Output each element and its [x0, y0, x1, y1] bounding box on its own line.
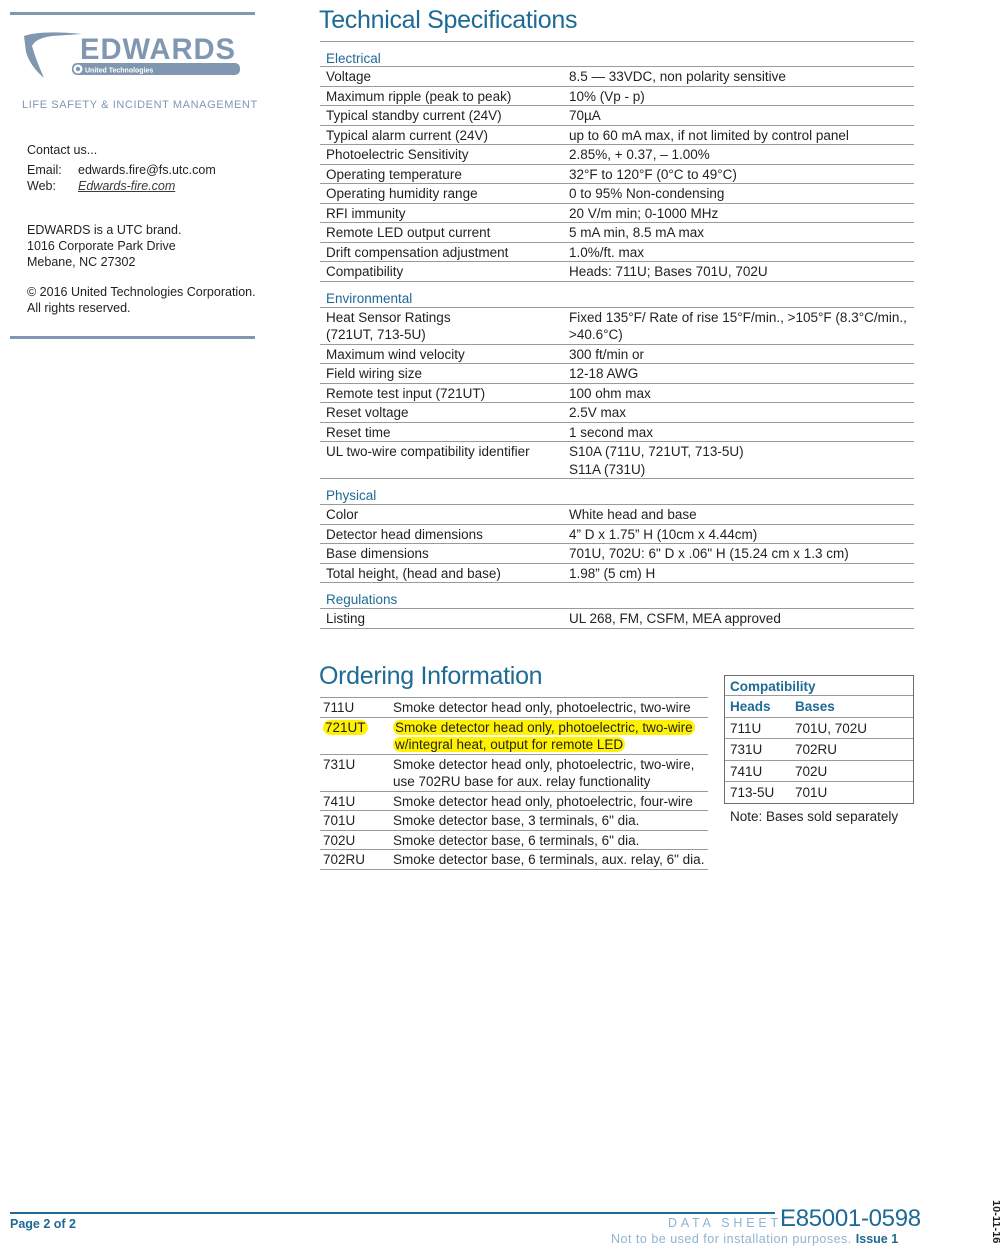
spec-group-regulations: Regulations: [320, 583, 914, 609]
compatibility-table: Compatibility Heads Bases 711U701U, 702U…: [724, 675, 914, 804]
order-description: Smoke detector base, 6 terminals, aux. r…: [393, 851, 708, 869]
spec-value: S10A (711U, 721UT, 713-5U)S11A (731U): [569, 443, 914, 478]
copyright-block: © 2016 United Technologies Corporation. …: [27, 284, 256, 316]
issue-label: Issue 1: [856, 1232, 898, 1246]
contact-email-row: Email: edwards.fire@fs.utc.com: [27, 162, 256, 178]
spec-key: Remote LED output current: [326, 224, 569, 242]
spec-row: Typical standby current (24V)70µA: [320, 106, 914, 126]
web-link[interactable]: Edwards-fire.com: [78, 178, 175, 194]
spec-row: Reset time1 second max: [320, 423, 914, 443]
heads-header: Heads: [730, 698, 795, 716]
order-code: 702RU: [323, 851, 393, 869]
spec-row: Photoelectric Sensitivity2.85%, + 0.37, …: [320, 145, 914, 165]
disclaimer-text: Not to be used for installation purposes…: [611, 1232, 852, 1246]
spec-key: Drift compensation adjustment: [326, 244, 569, 262]
page-number: Page 2 of 2: [10, 1217, 76, 1231]
spec-value: 701U, 702U: 6" D x .06" H (15.24 cm x 1.…: [569, 545, 914, 563]
compat-head: 731U: [730, 741, 795, 759]
spec-group-electrical: Electrical: [320, 42, 914, 67]
spec-row: Remote test input (721UT)100 ohm max: [320, 384, 914, 404]
compat-base: 701U, 702U: [795, 720, 867, 738]
email-label: Email:: [27, 162, 78, 178]
spec-row: RFI immunity20 V/m min; 0-1000 MHz: [320, 204, 914, 224]
address-line: Mebane, NC 27302: [27, 254, 256, 270]
order-row: 741USmoke detector head only, photoelect…: [320, 792, 708, 812]
spec-value: up to 60 mA max, if not limited by contr…: [569, 127, 914, 145]
edwards-logo-icon: EDWARDS United Technologies: [22, 30, 242, 82]
tech-specs-table: ElectricalVoltage8.5 — 33VDC, non polari…: [320, 41, 914, 629]
spec-row: ListingUL 268, FM, CSFM, MEA approved: [320, 609, 914, 629]
spec-value: 4” D x 1.75” H (10cm x 4.44cm): [569, 526, 914, 544]
compat-base: 701U: [795, 784, 827, 802]
spec-value: 20 V/m min; 0-1000 MHz: [569, 205, 914, 223]
spec-row: Operating humidity range0 to 95% Non-con…: [320, 184, 914, 204]
spec-value: 2.5V max: [569, 404, 914, 422]
order-row: 731USmoke detector head only, photoelect…: [320, 755, 708, 792]
datasheet-number: E85001-0598: [780, 1205, 921, 1233]
spec-group-physical: Physical: [320, 479, 914, 505]
edwards-logo: EDWARDS United Technologies: [22, 30, 242, 82]
spec-key: UL two-wire compatibility identifier: [326, 443, 569, 478]
compatibility-note: Note: Bases sold separately: [730, 809, 898, 824]
spec-row: Total height, (head and base)1.98” (5 cm…: [320, 564, 914, 584]
company-tagline: LIFE SAFETY & INCIDENT MANAGEMENT: [22, 99, 244, 111]
datasheet-label: DATA SHEET: [668, 1216, 782, 1230]
spec-key: Operating humidity range: [326, 185, 569, 203]
spec-value: 2.85%, + 0.37, – 1.00%: [569, 146, 914, 164]
compat-base: 702U: [795, 763, 827, 781]
spec-key: Maximum wind velocity: [326, 346, 569, 364]
web-label: Web:: [27, 178, 78, 194]
spec-value: 100 ohm max: [569, 385, 914, 403]
svg-text:EDWARDS: EDWARDS: [80, 33, 236, 66]
ordering-info-title: Ordering Information: [319, 662, 542, 691]
disclaimer: Not to be used for installation purposes…: [611, 1232, 898, 1246]
compat-head: 711U: [730, 720, 795, 738]
spec-group-environmental: Environmental: [320, 282, 914, 308]
spec-row: Typical alarm current (24V)up to 60 mA m…: [320, 126, 914, 146]
order-code: 701U: [323, 812, 393, 830]
compatibility-rows: 711U701U, 702U731U702RU741U702U713-5U701…: [725, 718, 913, 803]
sidebar-bottom-rule: [10, 336, 255, 339]
spec-key: Field wiring size: [326, 365, 569, 383]
contact-block: Contact us... Email: edwards.fire@fs.utc…: [27, 142, 256, 316]
sidebar-top-rule: [10, 12, 255, 15]
spec-row: Base dimensions701U, 702U: 6" D x .06" H…: [320, 544, 914, 564]
order-code: 702U: [323, 832, 393, 850]
order-code: 731U: [323, 756, 393, 791]
order-description: Smoke detector head only, photoelectric,…: [393, 793, 708, 811]
spec-value: 5 mA min, 8.5 mA max: [569, 224, 914, 242]
spec-key: RFI immunity: [326, 205, 569, 223]
spec-row: Remote LED output current5 mA min, 8.5 m…: [320, 223, 914, 243]
spec-value: 1.0%/ft. max: [569, 244, 914, 262]
contact-heading: Contact us...: [27, 142, 256, 158]
compatibility-header-row: Heads Bases: [725, 696, 913, 718]
spec-key: Detector head dimensions: [326, 526, 569, 544]
spec-key: Remote test input (721UT): [326, 385, 569, 403]
spec-value: White head and base: [569, 506, 914, 524]
copyright-line: © 2016 United Technologies Corporation.: [27, 284, 256, 300]
ordering-table: 711USmoke detector head only, photoelect…: [320, 697, 708, 870]
spec-value: 0 to 95% Non-condensing: [569, 185, 914, 203]
spec-value: 300 ft/min or: [569, 346, 914, 364]
spec-key: Color: [326, 506, 569, 524]
spec-row: Maximum wind velocity300 ft/min or: [320, 345, 914, 365]
address-line: EDWARDS is a UTC brand.: [27, 222, 256, 238]
spec-key: Reset voltage: [326, 404, 569, 422]
compatibility-title: Compatibility: [725, 676, 913, 696]
spec-row: UL two-wire compatibility identifierS10A…: [320, 442, 914, 479]
order-description: Smoke detector base, 6 terminals, 6" dia…: [393, 832, 708, 850]
spec-key: Voltage: [326, 68, 569, 86]
svg-text:United Technologies: United Technologies: [85, 68, 153, 75]
spec-key: Typical standby current (24V): [326, 107, 569, 125]
spec-key: Compatibility: [326, 263, 569, 281]
order-code: 711U: [323, 699, 393, 717]
compatibility-row: 713-5U701U: [725, 782, 913, 803]
compat-head: 741U: [730, 763, 795, 781]
spec-value: UL 268, FM, CSFM, MEA approved: [569, 610, 914, 628]
spec-row: Maximum ripple (peak to peak)10% (Vp - p…: [320, 87, 914, 107]
spec-row: Drift compensation adjustment1.0%/ft. ma…: [320, 243, 914, 263]
spec-row: Field wiring size12-18 AWG: [320, 364, 914, 384]
spec-key: Maximum ripple (peak to peak): [326, 88, 569, 106]
spec-key: Photoelectric Sensitivity: [326, 146, 569, 164]
spec-row: CompatibilityHeads: 711U; Bases 701U, 70…: [320, 262, 914, 282]
address-block: EDWARDS is a UTC brand. 1016 Corporate P…: [27, 222, 256, 270]
order-description: Smoke detector head only, photoelectric,…: [393, 719, 708, 754]
copyright-line: All rights reserved.: [27, 300, 256, 316]
compatibility-row: 711U701U, 702U: [725, 718, 913, 740]
order-code: 741U: [323, 793, 393, 811]
compat-base: 702RU: [795, 741, 837, 759]
spec-row: ColorWhite head and base: [320, 505, 914, 525]
order-row: 701USmoke detector base, 3 terminals, 6"…: [320, 811, 708, 831]
order-row: 711USmoke detector head only, photoelect…: [320, 698, 708, 718]
footer-rule: [10, 1212, 775, 1214]
spec-row: Operating temperature32°F to 120°F (0°C …: [320, 165, 914, 185]
spec-value: 10% (Vp - p): [569, 88, 914, 106]
spec-value: 32°F to 120°F (0°C to 49°C): [569, 166, 914, 184]
spec-key: Heat Sensor Ratings(721UT, 713-5U): [326, 309, 569, 344]
bases-header: Bases: [795, 698, 835, 716]
compatibility-row: 731U702RU: [725, 739, 913, 761]
order-row: 721UTSmoke detector head only, photoelec…: [320, 718, 708, 755]
spec-row: Detector head dimensions4” D x 1.75” H (…: [320, 525, 914, 545]
order-row: 702USmoke detector base, 6 terminals, 6"…: [320, 831, 708, 851]
spec-row: Reset voltage2.5V max: [320, 403, 914, 423]
spec-value: Fixed 135°F/ Rate of rise 15°F/min., >10…: [569, 309, 914, 344]
spec-key: Operating temperature: [326, 166, 569, 184]
spec-row: Voltage8.5 — 33VDC, non polarity sensiti…: [320, 67, 914, 87]
spec-value: 12-18 AWG: [569, 365, 914, 383]
order-description: Smoke detector base, 3 terminals, 6" dia…: [393, 812, 708, 830]
spec-key: Listing: [326, 610, 569, 628]
order-row: 702RUSmoke detector base, 6 terminals, a…: [320, 850, 708, 870]
order-description: Smoke detector head only, photoelectric,…: [393, 756, 708, 791]
revision-date: 10-11-16: [990, 1200, 1000, 1243]
contact-web-row: Web: Edwards-fire.com: [27, 178, 256, 194]
spec-value: 1.98” (5 cm) H: [569, 565, 914, 583]
spec-key: Total height, (head and base): [326, 565, 569, 583]
order-code: 721UT: [323, 719, 393, 754]
spec-key: Typical alarm current (24V): [326, 127, 569, 145]
email-link[interactable]: edwards.fire@fs.utc.com: [78, 162, 216, 178]
spec-value: Heads: 711U; Bases 701U, 702U: [569, 263, 914, 281]
spec-value: 70µA: [569, 107, 914, 125]
compat-head: 713-5U: [730, 784, 795, 802]
spec-row: Heat Sensor Ratings(721UT, 713-5U)Fixed …: [320, 308, 914, 345]
spec-value: 1 second max: [569, 424, 914, 442]
address-line: 1016 Corporate Park Drive: [27, 238, 256, 254]
tech-specs-title: Technical Specifications: [319, 6, 577, 35]
compatibility-row: 741U702U: [725, 761, 913, 783]
spec-value: 8.5 — 33VDC, non polarity sensitive: [569, 68, 914, 86]
spec-key: Reset time: [326, 424, 569, 442]
spec-key: Base dimensions: [326, 545, 569, 563]
order-description: Smoke detector head only, photoelectric,…: [393, 699, 708, 717]
